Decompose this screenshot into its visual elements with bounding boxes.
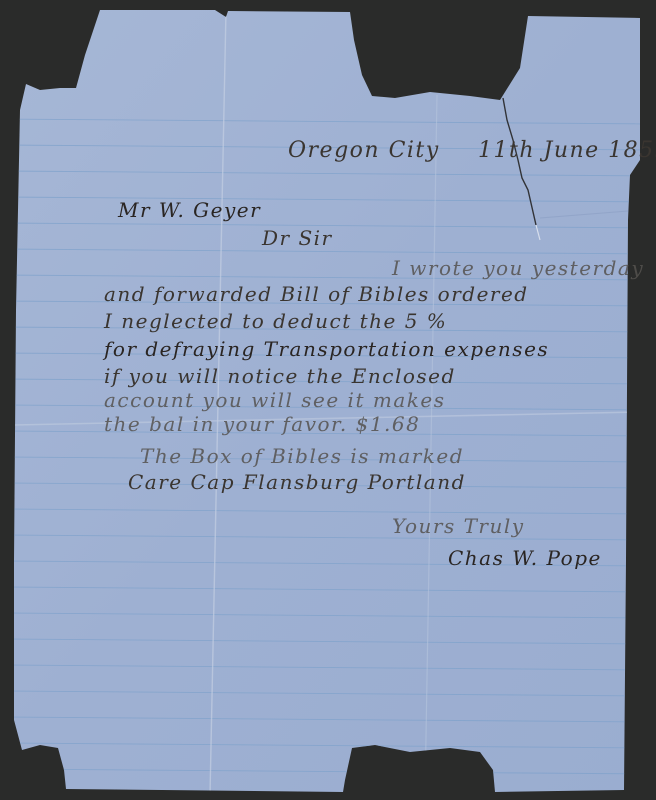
body-line: for defraying Transportation expenses	[104, 339, 549, 359]
body-line: Care Cap Flansburg Portland	[128, 472, 466, 492]
body-line: I wrote you yesterday	[392, 258, 644, 278]
scanned-letter: Oregon City 11th June 1859 Mr W. Geyer D…	[0, 0, 656, 800]
body-line: and forwarded Bill of Bibles ordered	[104, 284, 529, 304]
body-line: I neglected to deduct the 5 %	[104, 311, 447, 331]
body-line: account you will see it makes	[104, 390, 445, 410]
body-line: the bal in your favor. $1.68	[104, 414, 420, 434]
body-line: if you will notice the Enclosed	[104, 366, 456, 386]
letter-salutation: Dr Sir	[262, 228, 333, 248]
letter-place: Oregon City	[288, 140, 440, 162]
letter-closing: Yours Truly	[392, 516, 525, 536]
body-line: The Box of Bibles is marked	[140, 446, 464, 466]
letter-recipient: Mr W. Geyer	[118, 200, 261, 220]
letter-date: 11th June 1859	[478, 140, 656, 162]
letter-signature: Chas W. Pope	[448, 548, 602, 568]
